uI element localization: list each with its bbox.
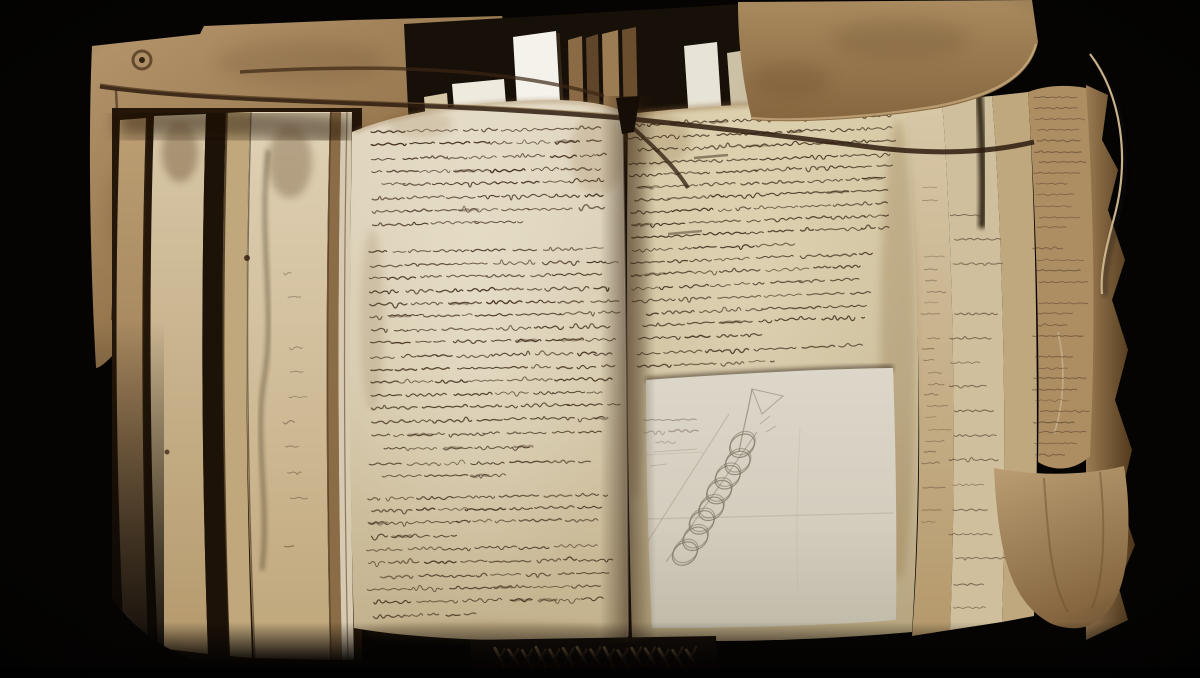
shadows [0,0,1200,678]
manuscript-scene: Photograph of a heavily worn 17th-centur… [0,0,1200,678]
photograph-open-manuscript: Photograph of a heavily worn 17th-centur… [0,0,1200,678]
vignette [0,0,1200,678]
